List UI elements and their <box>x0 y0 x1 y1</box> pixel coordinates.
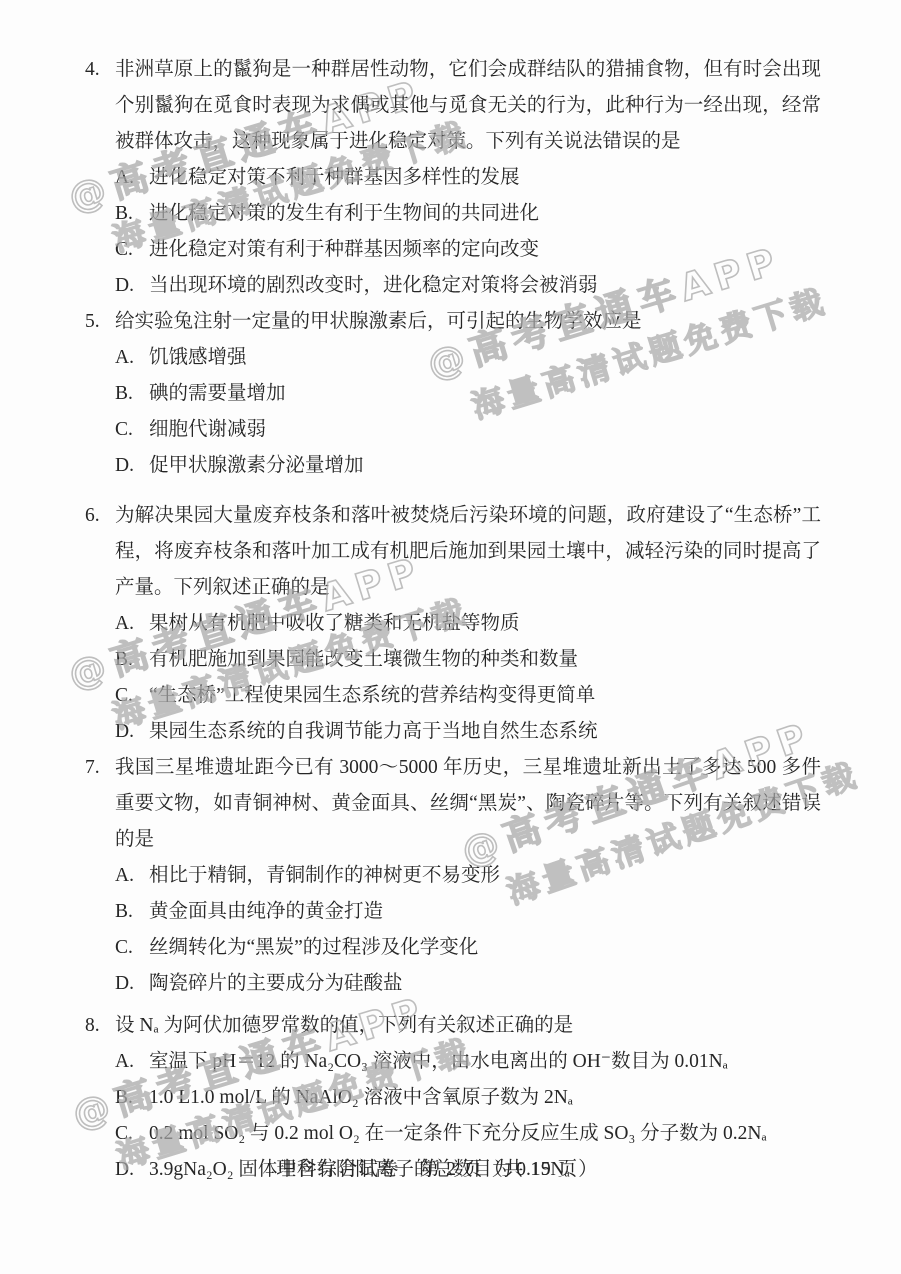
option-b: B. 碘的需要量增加 <box>115 376 821 412</box>
option-a: A. 果树从有机肥中吸收了糖类和无机盐等物质 <box>115 606 821 642</box>
option-a: A. 相比于精铜，青铜制作的神树更不易变形 <box>115 858 821 894</box>
option-label: C. <box>115 678 149 714</box>
exam-paper-page: @高考直通车APP 海量高清试题免费下载 @高考直通车APP 海量高清试题免费下… <box>0 0 901 1274</box>
option-b: B. 1.0 L1.0 mol/L 的 NaAlO₂ 溶液中含氧原子数为 2Nₐ <box>115 1080 821 1116</box>
option-text: 进化稳定对策不利于种群基因多样性的发展 <box>149 160 821 196</box>
option-text: 陶瓷碎片的主要成分为硅酸盐 <box>149 966 821 1002</box>
option-c: C. 细胞代谢减弱 <box>115 412 821 448</box>
question-stem: 非洲草原上的鬣狗是一种群居性动物，它们会成群结队的猎捕食物，但有时会出现个别鬣狗… <box>115 52 821 160</box>
option-label: B. <box>115 1080 149 1116</box>
option-label: C. <box>115 232 149 268</box>
options-list: A. 相比于精铜，青铜制作的神树更不易变形 B. 黄金面具由纯净的黄金打造 C.… <box>115 858 821 1002</box>
option-d: D. 果园生态系统的自我调节能力高于当地自然生态系统 <box>115 714 821 750</box>
option-text: 促甲状腺激素分泌量增加 <box>149 448 821 484</box>
option-text: 丝绸转化为“黑炭”的过程涉及化学变化 <box>149 930 821 966</box>
option-text: 有机肥施加到果园能改变土壤微生物的种类和数量 <box>149 642 821 678</box>
question-stem: 设 Nₐ 为阿伏加德罗常数的值，下列有关叙述正确的是 <box>115 1008 821 1044</box>
question-number: 8. <box>85 1008 115 1044</box>
option-b: B. 黄金面具由纯净的黄金打造 <box>115 894 821 930</box>
option-b: B. 进化稳定对策的发生有利于生物间的共同进化 <box>115 196 821 232</box>
option-label: B. <box>115 894 149 930</box>
question-4: 4. 非洲草原上的鬣狗是一种群居性动物，它们会成群结队的猎捕食物，但有时会出现个… <box>85 52 821 304</box>
option-text: 室温下 pH＝12 的 Na₂CO₃ 溶液中，由水电离出的 OH⁻数目为 0.0… <box>149 1044 821 1080</box>
option-text: 相比于精铜，青铜制作的神树更不易变形 <box>149 858 821 894</box>
question-5: 5. 给实验兔注射一定量的甲状腺激素后，可引起的生物学效应是 A. 饥饿感增强 … <box>85 304 821 484</box>
option-label: D. <box>115 268 149 304</box>
option-text: 黄金面具由纯净的黄金打造 <box>149 894 821 930</box>
option-label: C. <box>115 412 149 448</box>
option-b: B. 有机肥施加到果园能改变土壤微生物的种类和数量 <box>115 642 821 678</box>
option-text: 果树从有机肥中吸收了糖类和无机盐等物质 <box>149 606 821 642</box>
question-number: 6. <box>85 498 115 534</box>
option-a: A. 进化稳定对策不利于种群基因多样性的发展 <box>115 160 821 196</box>
option-text: 果园生态系统的自我调节能力高于当地自然生态系统 <box>149 714 821 750</box>
question-number: 5. <box>85 304 115 340</box>
option-text: 当出现环境的剧烈改变时，进化稳定对策将会被消弱 <box>149 268 821 304</box>
page-footer: 理科综合试卷 第 2 页（共 19 页） <box>0 1153 875 1181</box>
options-list: A. 饥饿感增强 B. 碘的需要量增加 C. 细胞代谢减弱 D. 促甲状腺激素分… <box>115 340 821 484</box>
option-label: C. <box>115 1116 149 1152</box>
option-label: B. <box>115 642 149 678</box>
question-stem: 为解决果园大量废弃枝条和落叶被焚烧后污染环境的问题，政府建设了“生态桥”工程，将… <box>115 498 821 606</box>
option-text: 1.0 L1.0 mol/L 的 NaAlO₂ 溶液中含氧原子数为 2Nₐ <box>149 1080 821 1116</box>
option-c: C. “生态桥”工程使果园生态系统的营养结构变得更简单 <box>115 678 821 714</box>
option-label: B. <box>115 196 149 232</box>
option-text: 进化稳定对策的发生有利于生物间的共同进化 <box>149 196 821 232</box>
question-7: 7. 我国三星堆遗址距今已有 3000～5000 年历史，三星堆遗址新出土了多达… <box>85 750 821 1002</box>
option-label: A. <box>115 160 149 196</box>
option-a: A. 饥饿感增强 <box>115 340 821 376</box>
option-d: D. 陶瓷碎片的主要成分为硅酸盐 <box>115 966 821 1002</box>
option-text: 进化稳定对策有利于种群基因频率的定向改变 <box>149 232 821 268</box>
options-list: A. 进化稳定对策不利于种群基因多样性的发展 B. 进化稳定对策的发生有利于生物… <box>115 160 821 304</box>
option-c: C. 0.2 mol SO₂ 与 0.2 mol O₂ 在一定条件下充分反应生成… <box>115 1116 821 1152</box>
question-number: 4. <box>85 52 115 88</box>
option-d: D. 当出现环境的剧烈改变时，进化稳定对策将会被消弱 <box>115 268 821 304</box>
option-d: D. 促甲状腺激素分泌量增加 <box>115 448 821 484</box>
option-label: B. <box>115 376 149 412</box>
option-text: 碘的需要量增加 <box>149 376 821 412</box>
option-label: A. <box>115 1044 149 1080</box>
option-text: 饥饿感增强 <box>149 340 821 376</box>
option-label: A. <box>115 340 149 376</box>
exam-content: 4. 非洲草原上的鬣狗是一种群居性动物，它们会成群结队的猎捕食物，但有时会出现个… <box>85 52 821 1188</box>
option-label: A. <box>115 606 149 642</box>
option-a: A. 室温下 pH＝12 的 Na₂CO₃ 溶液中，由水电离出的 OH⁻数目为 … <box>115 1044 821 1080</box>
question-stem: 我国三星堆遗址距今已有 3000～5000 年历史，三星堆遗址新出土了多达 50… <box>115 750 821 858</box>
option-label: D. <box>115 448 149 484</box>
option-label: C. <box>115 930 149 966</box>
option-text: 0.2 mol SO₂ 与 0.2 mol O₂ 在一定条件下充分反应生成 SO… <box>149 1116 821 1152</box>
option-text: 细胞代谢减弱 <box>149 412 821 448</box>
option-label: D. <box>115 966 149 1002</box>
question-stem: 给实验兔注射一定量的甲状腺激素后，可引起的生物学效应是 <box>115 304 821 340</box>
question-number: 7. <box>85 750 115 786</box>
option-c: C. 丝绸转化为“黑炭”的过程涉及化学变化 <box>115 930 821 966</box>
option-c: C. 进化稳定对策有利于种群基因频率的定向改变 <box>115 232 821 268</box>
option-label: A. <box>115 858 149 894</box>
option-label: D. <box>115 714 149 750</box>
options-list: A. 果树从有机肥中吸收了糖类和无机盐等物质 B. 有机肥施加到果园能改变土壤微… <box>115 606 821 750</box>
question-6: 6. 为解决果园大量废弃枝条和落叶被焚烧后污染环境的问题，政府建设了“生态桥”工… <box>85 498 821 750</box>
option-text: “生态桥”工程使果园生态系统的营养结构变得更简单 <box>149 678 821 714</box>
